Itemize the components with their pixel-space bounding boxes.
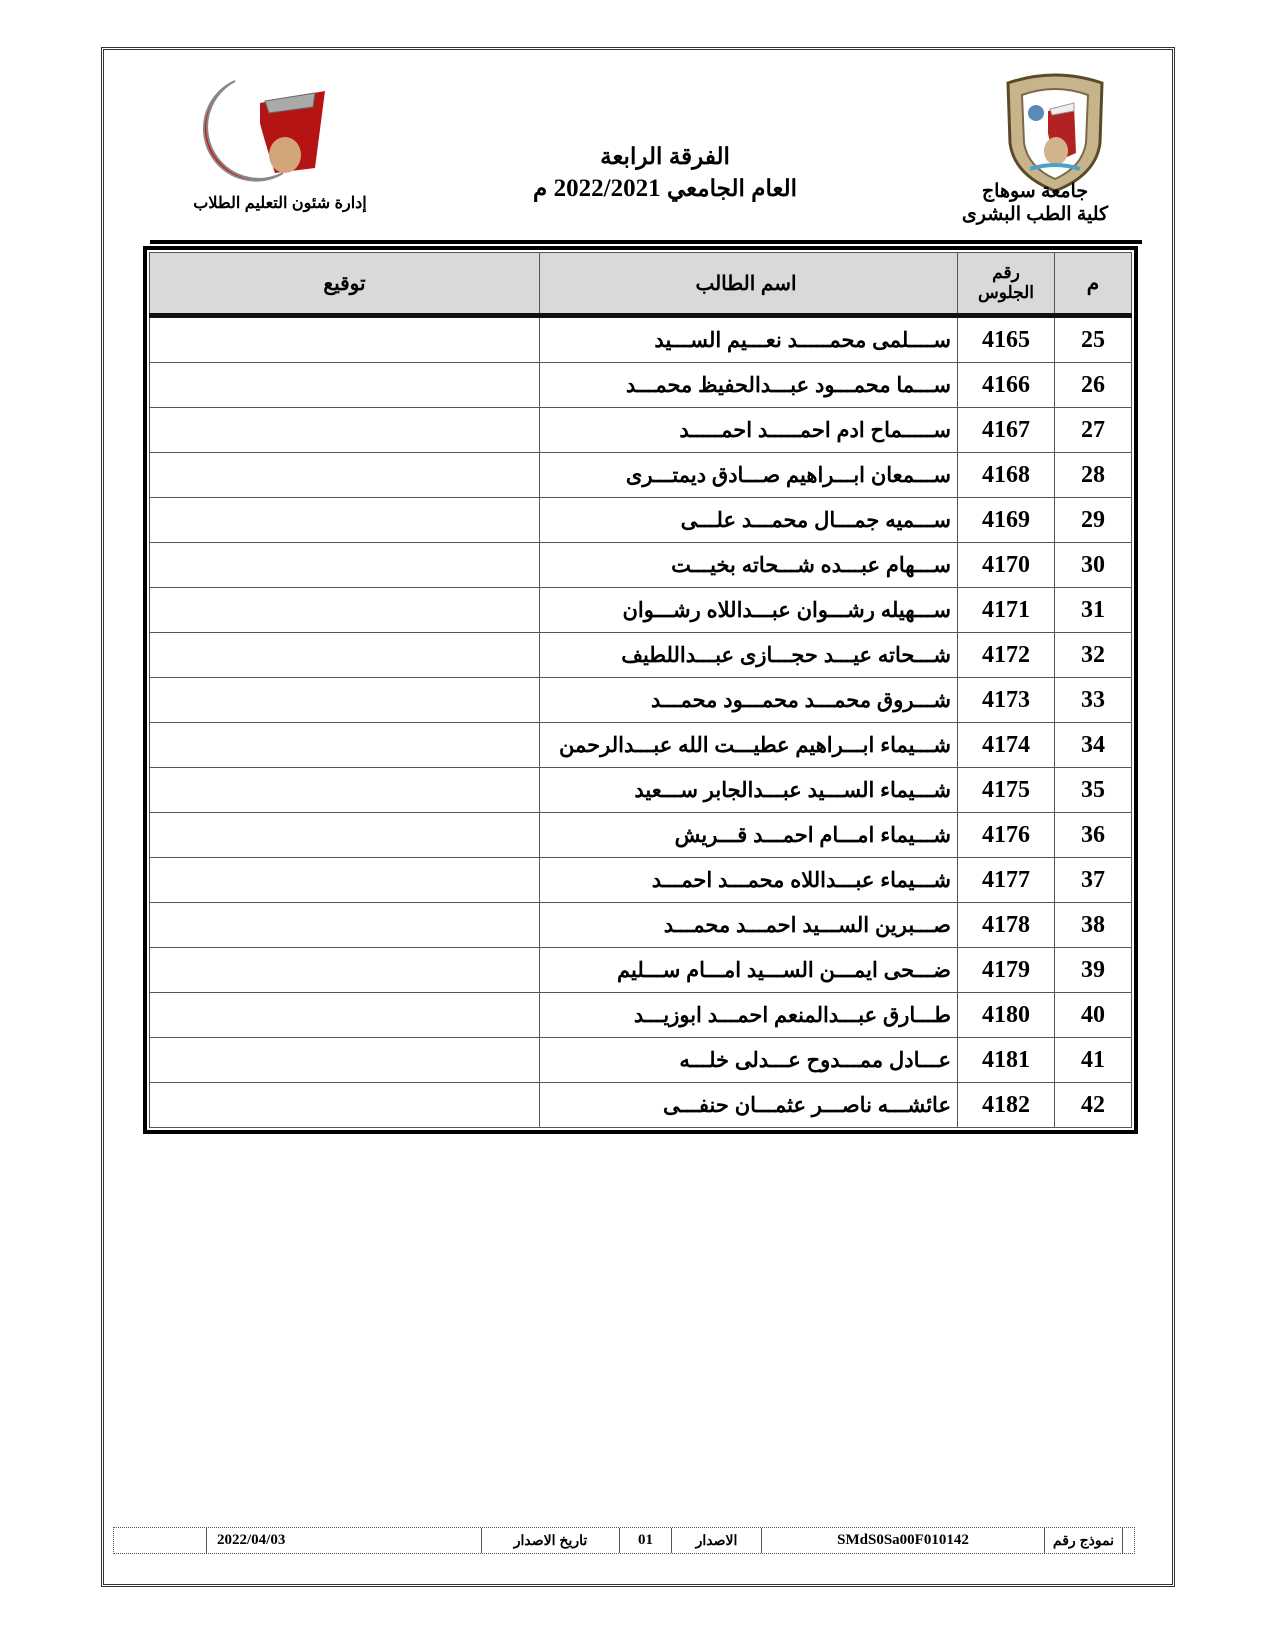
student-name: طـــارق عبـــدالمنعم احمـــد ابوزيـــد [540, 993, 958, 1038]
table-header-row: م رقم الجلوس اسم الطالب توقيع [150, 253, 1132, 316]
row-index: 27 [1055, 408, 1132, 453]
class-level: الفرقة الرابعة [470, 140, 860, 172]
version-value: 01 [619, 1528, 671, 1553]
academic-year-value: 2022/2021 [554, 175, 661, 202]
document-title: الفرقة الرابعة العام الجامعي 2022/2021 م [470, 140, 860, 205]
university-name: جامعة سوهاج [940, 180, 1130, 203]
row-index: 38 [1055, 903, 1132, 948]
signature-cell[interactable] [150, 858, 540, 903]
seat-number: 4171 [958, 588, 1055, 633]
row-index: 37 [1055, 858, 1132, 903]
row-index: 28 [1055, 453, 1132, 498]
row-index: 35 [1055, 768, 1132, 813]
table-row: 364176شـــيماء امـــام احمـــد قـــريش [150, 813, 1132, 858]
column-header-student-name: اسم الطالب [540, 253, 958, 316]
student-name: ســـمعان ابـــراهيم صـــادق ديمتـــرى [540, 453, 958, 498]
student-name: صـــبرين الســـيد احمـــد محمـــد [540, 903, 958, 948]
signature-cell[interactable] [150, 498, 540, 543]
signature-cell[interactable] [150, 1038, 540, 1083]
seat-number: 4165 [958, 316, 1055, 363]
academic-year-suffix: م [533, 175, 547, 201]
header-divider [150, 240, 1142, 244]
row-index: 29 [1055, 498, 1132, 543]
seat-header-line1: رقم [959, 263, 1053, 283]
table-body: 254165ســــلمى محمـــــد نعـــيم الســـي… [150, 316, 1132, 1128]
academic-year: العام الجامعي 2022/2021 م [470, 172, 860, 205]
table-row: 304170ســـهام عبـــده شـــحاته بخيـــت [150, 543, 1132, 588]
column-header-signature: توقيع [150, 253, 540, 316]
seat-number: 4179 [958, 948, 1055, 993]
signature-cell[interactable] [150, 813, 540, 858]
seat-number: 4167 [958, 408, 1055, 453]
faculty-of-medicine-logo [165, 73, 345, 188]
student-name: ســـميه جمـــال محمـــد علـــى [540, 498, 958, 543]
seat-number: 4177 [958, 858, 1055, 903]
table-row: 424182عائشـــه ناصـــر عثمـــان حنفـــى [150, 1083, 1132, 1128]
signature-cell[interactable] [150, 408, 540, 453]
signature-cell[interactable] [150, 543, 540, 588]
seat-number: 4170 [958, 543, 1055, 588]
row-index: 32 [1055, 633, 1132, 678]
signature-cell[interactable] [150, 1083, 540, 1128]
version-label: الاصدار [671, 1528, 761, 1553]
table-row: 354175شـــيماء الســـيد عبـــدالجابر ســ… [150, 768, 1132, 813]
row-index: 33 [1055, 678, 1132, 723]
student-name: شـــروق محمـــد محمـــود محمـــد [540, 678, 958, 723]
student-name: ضـــحى ايمـــن الســـيد امـــام ســـليم [540, 948, 958, 993]
seat-number: 4173 [958, 678, 1055, 723]
seat-number: 4169 [958, 498, 1055, 543]
table-row: 394179ضـــحى ايمـــن الســـيد امـــام سـ… [150, 948, 1132, 993]
table-row: 324172شـــحاته عيـــد حجـــازى عبـــدالل… [150, 633, 1132, 678]
student-name: شـــيماء عبـــداللاه محمـــد احمـــد [540, 858, 958, 903]
row-index: 41 [1055, 1038, 1132, 1083]
footer-spacer [1122, 1528, 1134, 1553]
student-roster-table: م رقم الجلوس اسم الطالب توقيع 254165ســـ… [143, 246, 1138, 1134]
table-row: 384178صـــبرين الســـيد احمـــد محمـــد [150, 903, 1132, 948]
signature-cell[interactable] [150, 363, 540, 408]
row-index: 34 [1055, 723, 1132, 768]
row-index: 40 [1055, 993, 1132, 1038]
student-name: ســـهام عبـــده شـــحاته بخيـــت [540, 543, 958, 588]
row-index: 26 [1055, 363, 1132, 408]
student-name: شـــيماء الســـيد عبـــدالجابر ســـعيد [540, 768, 958, 813]
seat-number: 4166 [958, 363, 1055, 408]
department-name: إدارة شئون التعليم الطلاب [170, 193, 390, 213]
signature-cell[interactable] [150, 678, 540, 723]
signature-cell[interactable] [150, 453, 540, 498]
table-row: 414181عـــادل ممـــدوح عـــدلى خلـــه [150, 1038, 1132, 1083]
table-row: 374177شـــيماء عبـــداللاه محمـــد احمــ… [150, 858, 1132, 903]
seat-number: 4174 [958, 723, 1055, 768]
student-name: شـــيماء ابـــراهيم عطيـــت الله عبـــدا… [540, 723, 958, 768]
row-index: 25 [1055, 316, 1132, 363]
seat-number: 4172 [958, 633, 1055, 678]
university-name-block: جامعة سوهاج كلية الطب البشرى [940, 180, 1130, 226]
student-name: عـــادل ممـــدوح عـــدلى خلـــه [540, 1038, 958, 1083]
row-index: 42 [1055, 1083, 1132, 1128]
row-index: 30 [1055, 543, 1132, 588]
seat-number: 4182 [958, 1083, 1055, 1128]
academic-year-prefix: العام الجامعي [667, 175, 797, 201]
row-index: 31 [1055, 588, 1132, 633]
signature-cell[interactable] [150, 993, 540, 1038]
table-row: 294169ســـميه جمـــال محمـــد علـــى [150, 498, 1132, 543]
table-row: 274167ســـــماح ادم احمـــــد احمـــــد [150, 408, 1132, 453]
table-row: 254165ســــلمى محمـــــد نعـــيم الســـي… [150, 316, 1132, 363]
faculty-name: كلية الطب البشرى [940, 203, 1130, 226]
row-index: 39 [1055, 948, 1132, 993]
form-number-label: نموذج رقم [1044, 1528, 1122, 1553]
student-name: ســـما محمـــود عبـــدالحفيظ محمـــد [540, 363, 958, 408]
signature-cell[interactable] [150, 768, 540, 813]
student-name: شـــيماء امـــام احمـــد قـــريش [540, 813, 958, 858]
seat-header-line2: الجلوس [959, 283, 1053, 303]
student-name: ســـــماح ادم احمـــــد احمـــــد [540, 408, 958, 453]
student-name: عائشـــه ناصـــر عثمـــان حنفـــى [540, 1083, 958, 1128]
signature-cell[interactable] [150, 948, 540, 993]
student-name: شـــحاته عيـــد حجـــازى عبـــداللطيف [540, 633, 958, 678]
footer-spacer-end [114, 1528, 206, 1553]
student-name: ســـهيله رشـــوان عبـــداللاه رشـــوان [540, 588, 958, 633]
signature-cell[interactable] [150, 588, 540, 633]
table-row: 334173شـــروق محمـــد محمـــود محمـــد [150, 678, 1132, 723]
university-crest-logo [1000, 73, 1110, 193]
issue-date-value: 2022/04/03 [206, 1528, 481, 1553]
table-row: 264166ســـما محمـــود عبـــدالحفيظ محمــ… [150, 363, 1132, 408]
signature-cell[interactable] [150, 723, 540, 768]
column-header-index: م [1055, 253, 1132, 316]
seat-number: 4180 [958, 993, 1055, 1038]
signature-cell[interactable] [150, 633, 540, 678]
seat-number: 4175 [958, 768, 1055, 813]
table-row: 404180طـــارق عبـــدالمنعم احمـــد ابوزي… [150, 993, 1132, 1038]
form-footer: نموذج رقم SMdS0Sa00F010142 الاصدار 01 تا… [113, 1527, 1135, 1554]
issue-date-label: تاريخ الاصدار [481, 1528, 619, 1553]
row-index: 36 [1055, 813, 1132, 858]
seat-number: 4181 [958, 1038, 1055, 1083]
table-row: 314171ســـهيله رشـــوان عبـــداللاه رشــ… [150, 588, 1132, 633]
signature-cell[interactable] [150, 903, 540, 948]
student-name: ســــلمى محمـــــد نعـــيم الســـيد [540, 316, 958, 363]
form-number-value: SMdS0Sa00F010142 [761, 1528, 1044, 1553]
seat-number: 4178 [958, 903, 1055, 948]
seat-number: 4176 [958, 813, 1055, 858]
column-header-seat-number: رقم الجلوس [958, 253, 1055, 316]
seat-number: 4168 [958, 453, 1055, 498]
signature-cell[interactable] [150, 316, 540, 363]
table-row: 284168ســـمعان ابـــراهيم صـــادق ديمتــ… [150, 453, 1132, 498]
table-row: 344174شـــيماء ابـــراهيم عطيـــت الله ع… [150, 723, 1132, 768]
